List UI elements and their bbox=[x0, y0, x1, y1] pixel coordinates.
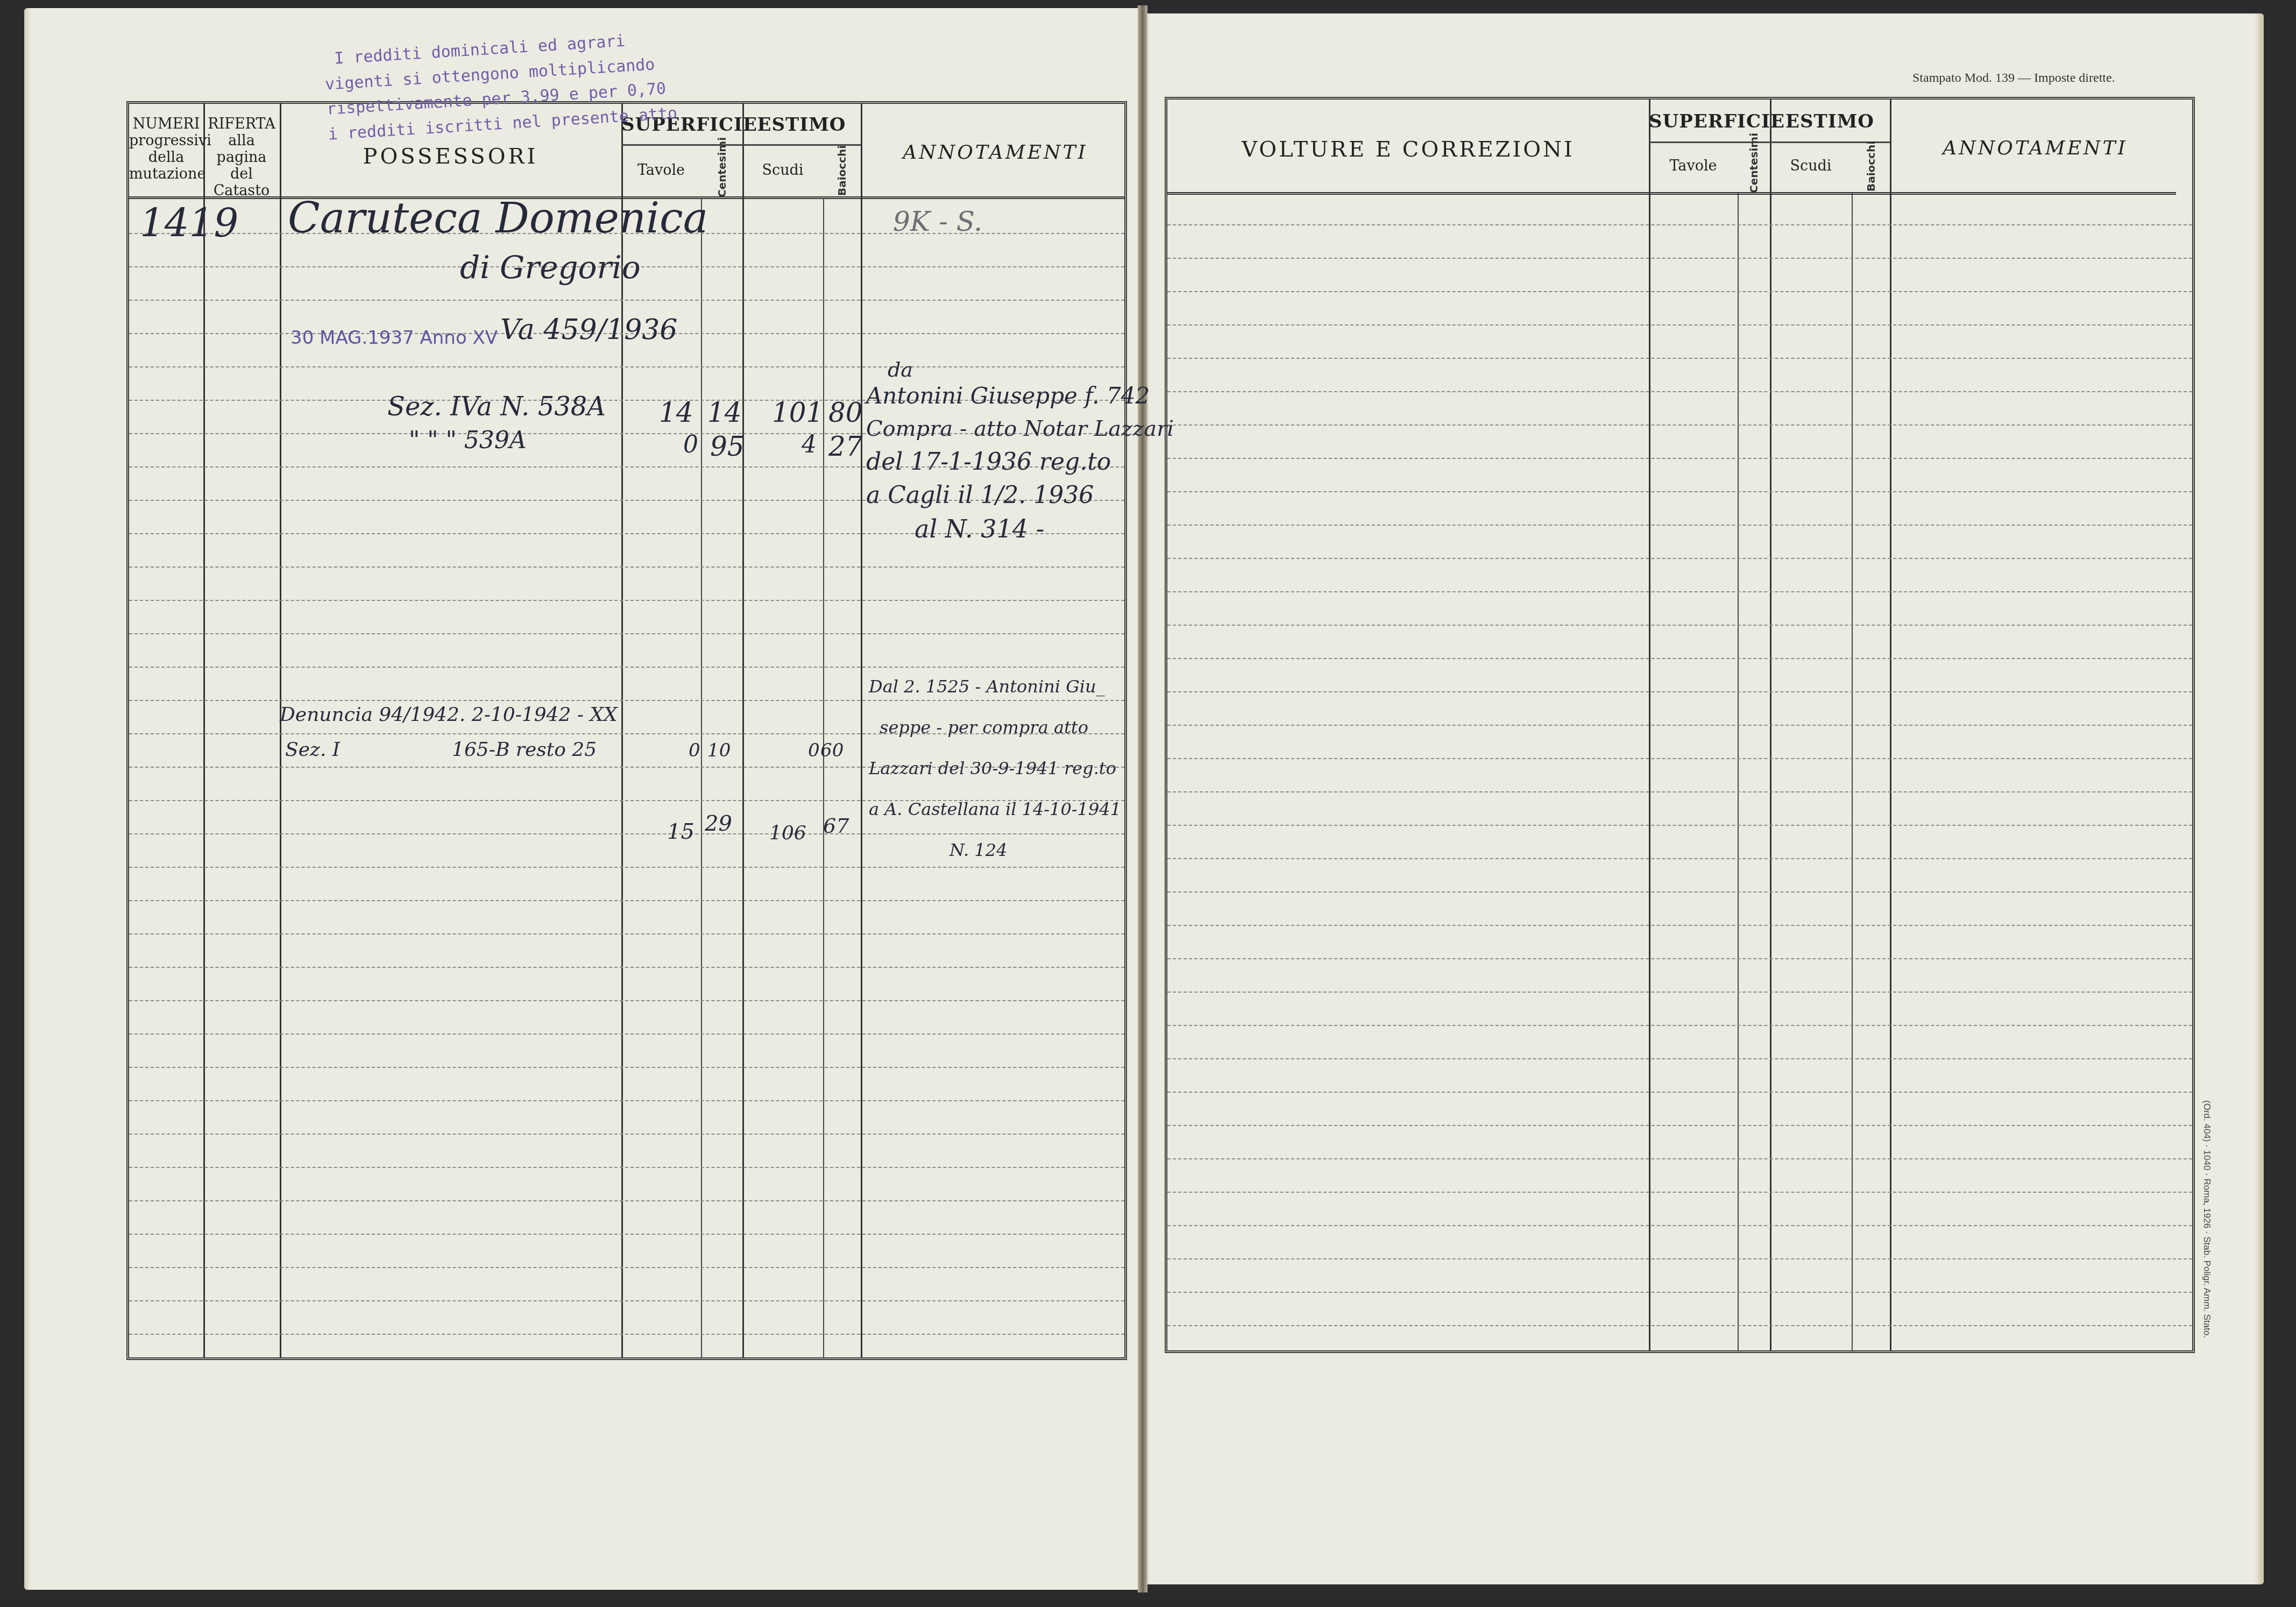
col-divider bbox=[621, 104, 623, 1357]
header-estimo: ESTIMO bbox=[742, 115, 861, 136]
row-rule bbox=[1167, 558, 2192, 559]
header-superficie: SUPERFICIE bbox=[1649, 111, 1770, 132]
row-rule bbox=[1167, 992, 2192, 993]
row-rule bbox=[129, 1200, 1124, 1201]
row-rule bbox=[1167, 1125, 2192, 1126]
col-divider bbox=[1738, 192, 1739, 1350]
row-rule bbox=[129, 1267, 1124, 1268]
row-rule bbox=[1167, 891, 2192, 893]
form-model-imprint: Stampato Mod. 139 — Imposte dirette. bbox=[1912, 71, 2115, 86]
header-tavole: Tavole bbox=[621, 162, 701, 179]
date-stamp: 30 MAG.1937 Anno XV bbox=[290, 327, 498, 349]
correction-baiocchi: 60 bbox=[820, 740, 844, 761]
row-rule bbox=[1167, 1092, 2192, 1093]
annotation-block-2: Dal 2. 1525 - Antonini Giu_ seppe - per … bbox=[869, 666, 1121, 870]
col-divider bbox=[701, 198, 702, 1357]
row-rule bbox=[129, 967, 1124, 968]
parcel-2-tavole: 0 bbox=[683, 431, 698, 458]
parcel-1-tavole: 14 bbox=[659, 397, 693, 428]
row-rule bbox=[1167, 1258, 2192, 1259]
row-rule bbox=[129, 1100, 1124, 1101]
total-tavole: 15 bbox=[667, 819, 695, 844]
row-rule bbox=[129, 900, 1124, 901]
header-riferta: RIFERTAalla paginadelCatasto bbox=[203, 116, 280, 199]
total-scudi: 106 bbox=[769, 822, 806, 844]
header-bottom-rule bbox=[1167, 192, 2176, 195]
header-volture-correzioni: VOLTURE E CORREZIONI bbox=[1167, 137, 1649, 162]
row-rule bbox=[1167, 391, 2192, 392]
row-rule bbox=[1167, 525, 2192, 526]
row-rule bbox=[1167, 691, 2192, 692]
header-tavole: Tavole bbox=[1649, 158, 1738, 174]
right-register-table: VOLTURE E CORREZIONI SUPERFICIE Tavole C… bbox=[1165, 97, 2195, 1353]
col-divider bbox=[1852, 192, 1853, 1350]
row-rule bbox=[129, 1067, 1124, 1068]
row-rule bbox=[129, 567, 1124, 568]
book-gutter bbox=[1138, 5, 1147, 1592]
row-rule bbox=[1167, 1225, 2192, 1226]
header-centesimi: Centesimi bbox=[1747, 139, 1760, 193]
row-rule bbox=[1167, 224, 2192, 225]
row-rule bbox=[1167, 625, 2192, 626]
row-rule bbox=[1167, 825, 2192, 826]
header-subdivider bbox=[1649, 141, 1890, 143]
row-rule bbox=[129, 933, 1124, 935]
row-rule bbox=[1167, 958, 2192, 959]
row-rule bbox=[129, 1134, 1124, 1135]
left-register-table: NUMERIprogressividellamutazione RIFERTAa… bbox=[126, 101, 1127, 1360]
header-numeri: NUMERIprogressividellamutazione bbox=[129, 116, 203, 182]
col-divider bbox=[203, 104, 205, 1357]
header-centesimi: Centesimi bbox=[715, 144, 728, 197]
row-rule bbox=[129, 1234, 1124, 1235]
row-rule bbox=[1167, 1292, 2192, 1293]
header-baiocchi: Baiocchi bbox=[1865, 139, 1877, 193]
header-possessori: POSSESSORI bbox=[280, 144, 621, 169]
parcel-2-scudi: 4 bbox=[802, 431, 817, 458]
entry-numero: 1419 bbox=[140, 201, 238, 246]
parcel-2-baiocchi: 27 bbox=[828, 431, 863, 462]
header-scudi: Scudi bbox=[742, 162, 823, 179]
parcel-1-centesimi: 14 bbox=[707, 397, 742, 428]
row-rule bbox=[129, 300, 1124, 301]
row-rule bbox=[1167, 658, 2192, 659]
row-rule bbox=[1167, 291, 2192, 292]
annotation-code: 9K - S. bbox=[893, 206, 982, 237]
possessore-father: di Gregorio bbox=[460, 249, 641, 286]
correction-scudi: 0 bbox=[808, 740, 820, 761]
row-rule bbox=[1167, 358, 2192, 359]
row-rule bbox=[1167, 1058, 2192, 1059]
header-annotamenti: ANNOTAMENTI bbox=[1890, 137, 2180, 159]
total-baiocchi: 67 bbox=[823, 814, 849, 838]
row-rule bbox=[1167, 925, 2192, 926]
total-centesimi: 29 bbox=[705, 811, 732, 836]
header-annotamenti: ANNOTAMENTI bbox=[861, 141, 1130, 164]
parcel-2-desc: " " " 539A bbox=[409, 427, 526, 454]
parcel-2-centesimi: 95 bbox=[710, 431, 745, 462]
row-rule bbox=[129, 1033, 1124, 1035]
row-rule bbox=[1167, 1158, 2192, 1159]
row-rule bbox=[1167, 791, 2192, 792]
row-rule bbox=[129, 1300, 1124, 1301]
row-rule bbox=[1167, 258, 2192, 259]
header-subdivider bbox=[621, 144, 861, 146]
correction-centesimi: 10 bbox=[707, 740, 731, 761]
col-divider bbox=[823, 198, 824, 1357]
row-rule bbox=[1167, 458, 2192, 459]
correction-section: Sez. I bbox=[285, 739, 340, 761]
row-rule bbox=[129, 1000, 1124, 1001]
row-rule bbox=[129, 1334, 1124, 1335]
header-estimo: ESTIMO bbox=[1770, 111, 1890, 132]
row-rule bbox=[129, 633, 1124, 634]
row-rule bbox=[1167, 1192, 2192, 1193]
row-rule bbox=[1167, 491, 2192, 492]
possessore-name: Caruteca Domenica bbox=[288, 194, 708, 243]
row-rule bbox=[1167, 324, 2192, 325]
col-divider bbox=[280, 104, 281, 1357]
correction-tavole: 0 bbox=[689, 740, 700, 761]
col-divider bbox=[861, 104, 862, 1357]
row-rule bbox=[1167, 1025, 2192, 1026]
correction-parcel: 165-B resto 25 bbox=[452, 739, 597, 761]
header-baiocchi: Baiocchi bbox=[835, 144, 848, 197]
row-rule bbox=[1167, 424, 2192, 426]
voltura-reference: Va 459/1936 bbox=[500, 314, 677, 346]
row-rule bbox=[1167, 758, 2192, 759]
row-rule bbox=[129, 1167, 1124, 1168]
row-rule bbox=[1167, 725, 2192, 726]
header-scudi: Scudi bbox=[1770, 158, 1852, 174]
parcel-1-desc: Sez. IVa N. 538A bbox=[387, 392, 606, 422]
col-divider bbox=[742, 104, 744, 1357]
multiplier-stamp: I redditi dominicali ed agrari vigenti s… bbox=[323, 26, 678, 147]
parcel-1-baiocchi: 80 bbox=[828, 397, 863, 428]
annotation-block-1: da Antonini Giuseppe f. 742 Compra - att… bbox=[866, 359, 1174, 546]
printer-imprint: (Ord. 404) · 1040 · Roma, 1926 · Stab. P… bbox=[2201, 1100, 2212, 1338]
parcel-1-scudi: 101 bbox=[772, 397, 823, 428]
row-rule bbox=[129, 600, 1124, 601]
row-rule bbox=[1167, 858, 2192, 859]
row-rule bbox=[1167, 591, 2192, 592]
correction-line-1: Denuncia 94/1942. 2-10-1942 - XX bbox=[280, 704, 618, 726]
row-rule bbox=[1167, 1325, 2192, 1326]
